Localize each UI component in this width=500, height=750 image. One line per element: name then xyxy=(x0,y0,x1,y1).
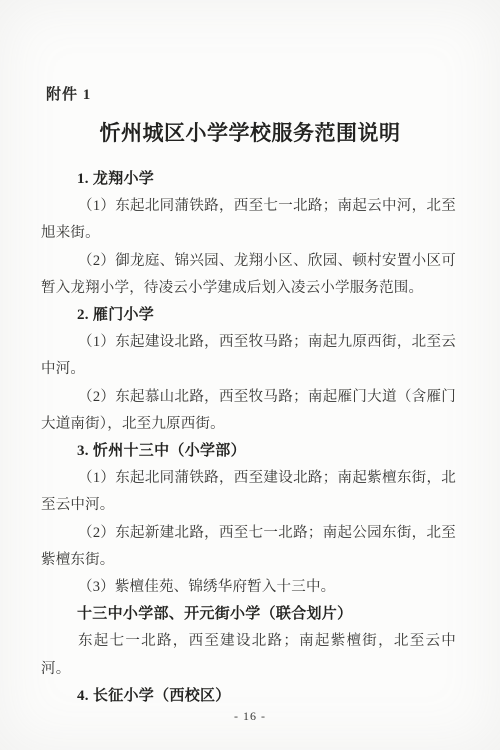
document-page: 附件 1 忻州城区小学学校服务范围说明 1. 龙翔小学 （1）东起北同蒲铁路，西… xyxy=(0,0,500,750)
section-heading-joint-zone: 十三中小学部、开元街小学（联合划片） xyxy=(41,601,456,628)
paragraph: （1）东起北同蒲铁路，西至七一北路；南起云中河，北至旭来街。 xyxy=(41,193,456,247)
document-title: 忻州城区小学学校服务范围说明 xyxy=(0,117,500,147)
section-heading-longxiang: 1. 龙翔小学 xyxy=(41,166,456,193)
section-heading-no13-middle-school: 3. 忻州十三中（小学部） xyxy=(41,438,456,465)
paragraph: （1）东起建设北路，西至牧马路；南起九原西街，北至云中河。 xyxy=(41,329,456,383)
paragraph: （3）紫檀佳苑、锦绣华府暂入十三中。 xyxy=(41,574,456,601)
section-heading-changzheng-west: 4. 长征小学（西校区） xyxy=(41,683,456,710)
attachment-label: 附件 1 xyxy=(46,83,91,104)
paragraph: （2）东起新建北路，西至七一北路；南起公园东街，北至紫檀东街。 xyxy=(41,520,456,574)
section-heading-yanmen: 2. 雁门小学 xyxy=(41,302,456,329)
page-number: - 16 - xyxy=(0,709,500,724)
paragraph: （2）东起慕山北路，西至牧马路；南起雁门大道（含雁门大道南街），北至九原西街。 xyxy=(41,384,456,438)
paragraph: 东起七一北路，西至建设北路；南起紫檀街，北至云中河。 xyxy=(41,628,456,682)
document-body: 1. 龙翔小学 （1）东起北同蒲铁路，西至七一北路；南起云中河，北至旭来街。 （… xyxy=(41,166,456,710)
paragraph: （1）东起北同蒲铁路，西至建设北路；南起紫檀东街，北至云中河。 xyxy=(41,465,456,519)
paragraph: （2）御龙庭、锦兴园、龙翔小区、欣园、顿村安置小区可暂入龙翔小学，待凌云小学建成… xyxy=(41,248,456,302)
